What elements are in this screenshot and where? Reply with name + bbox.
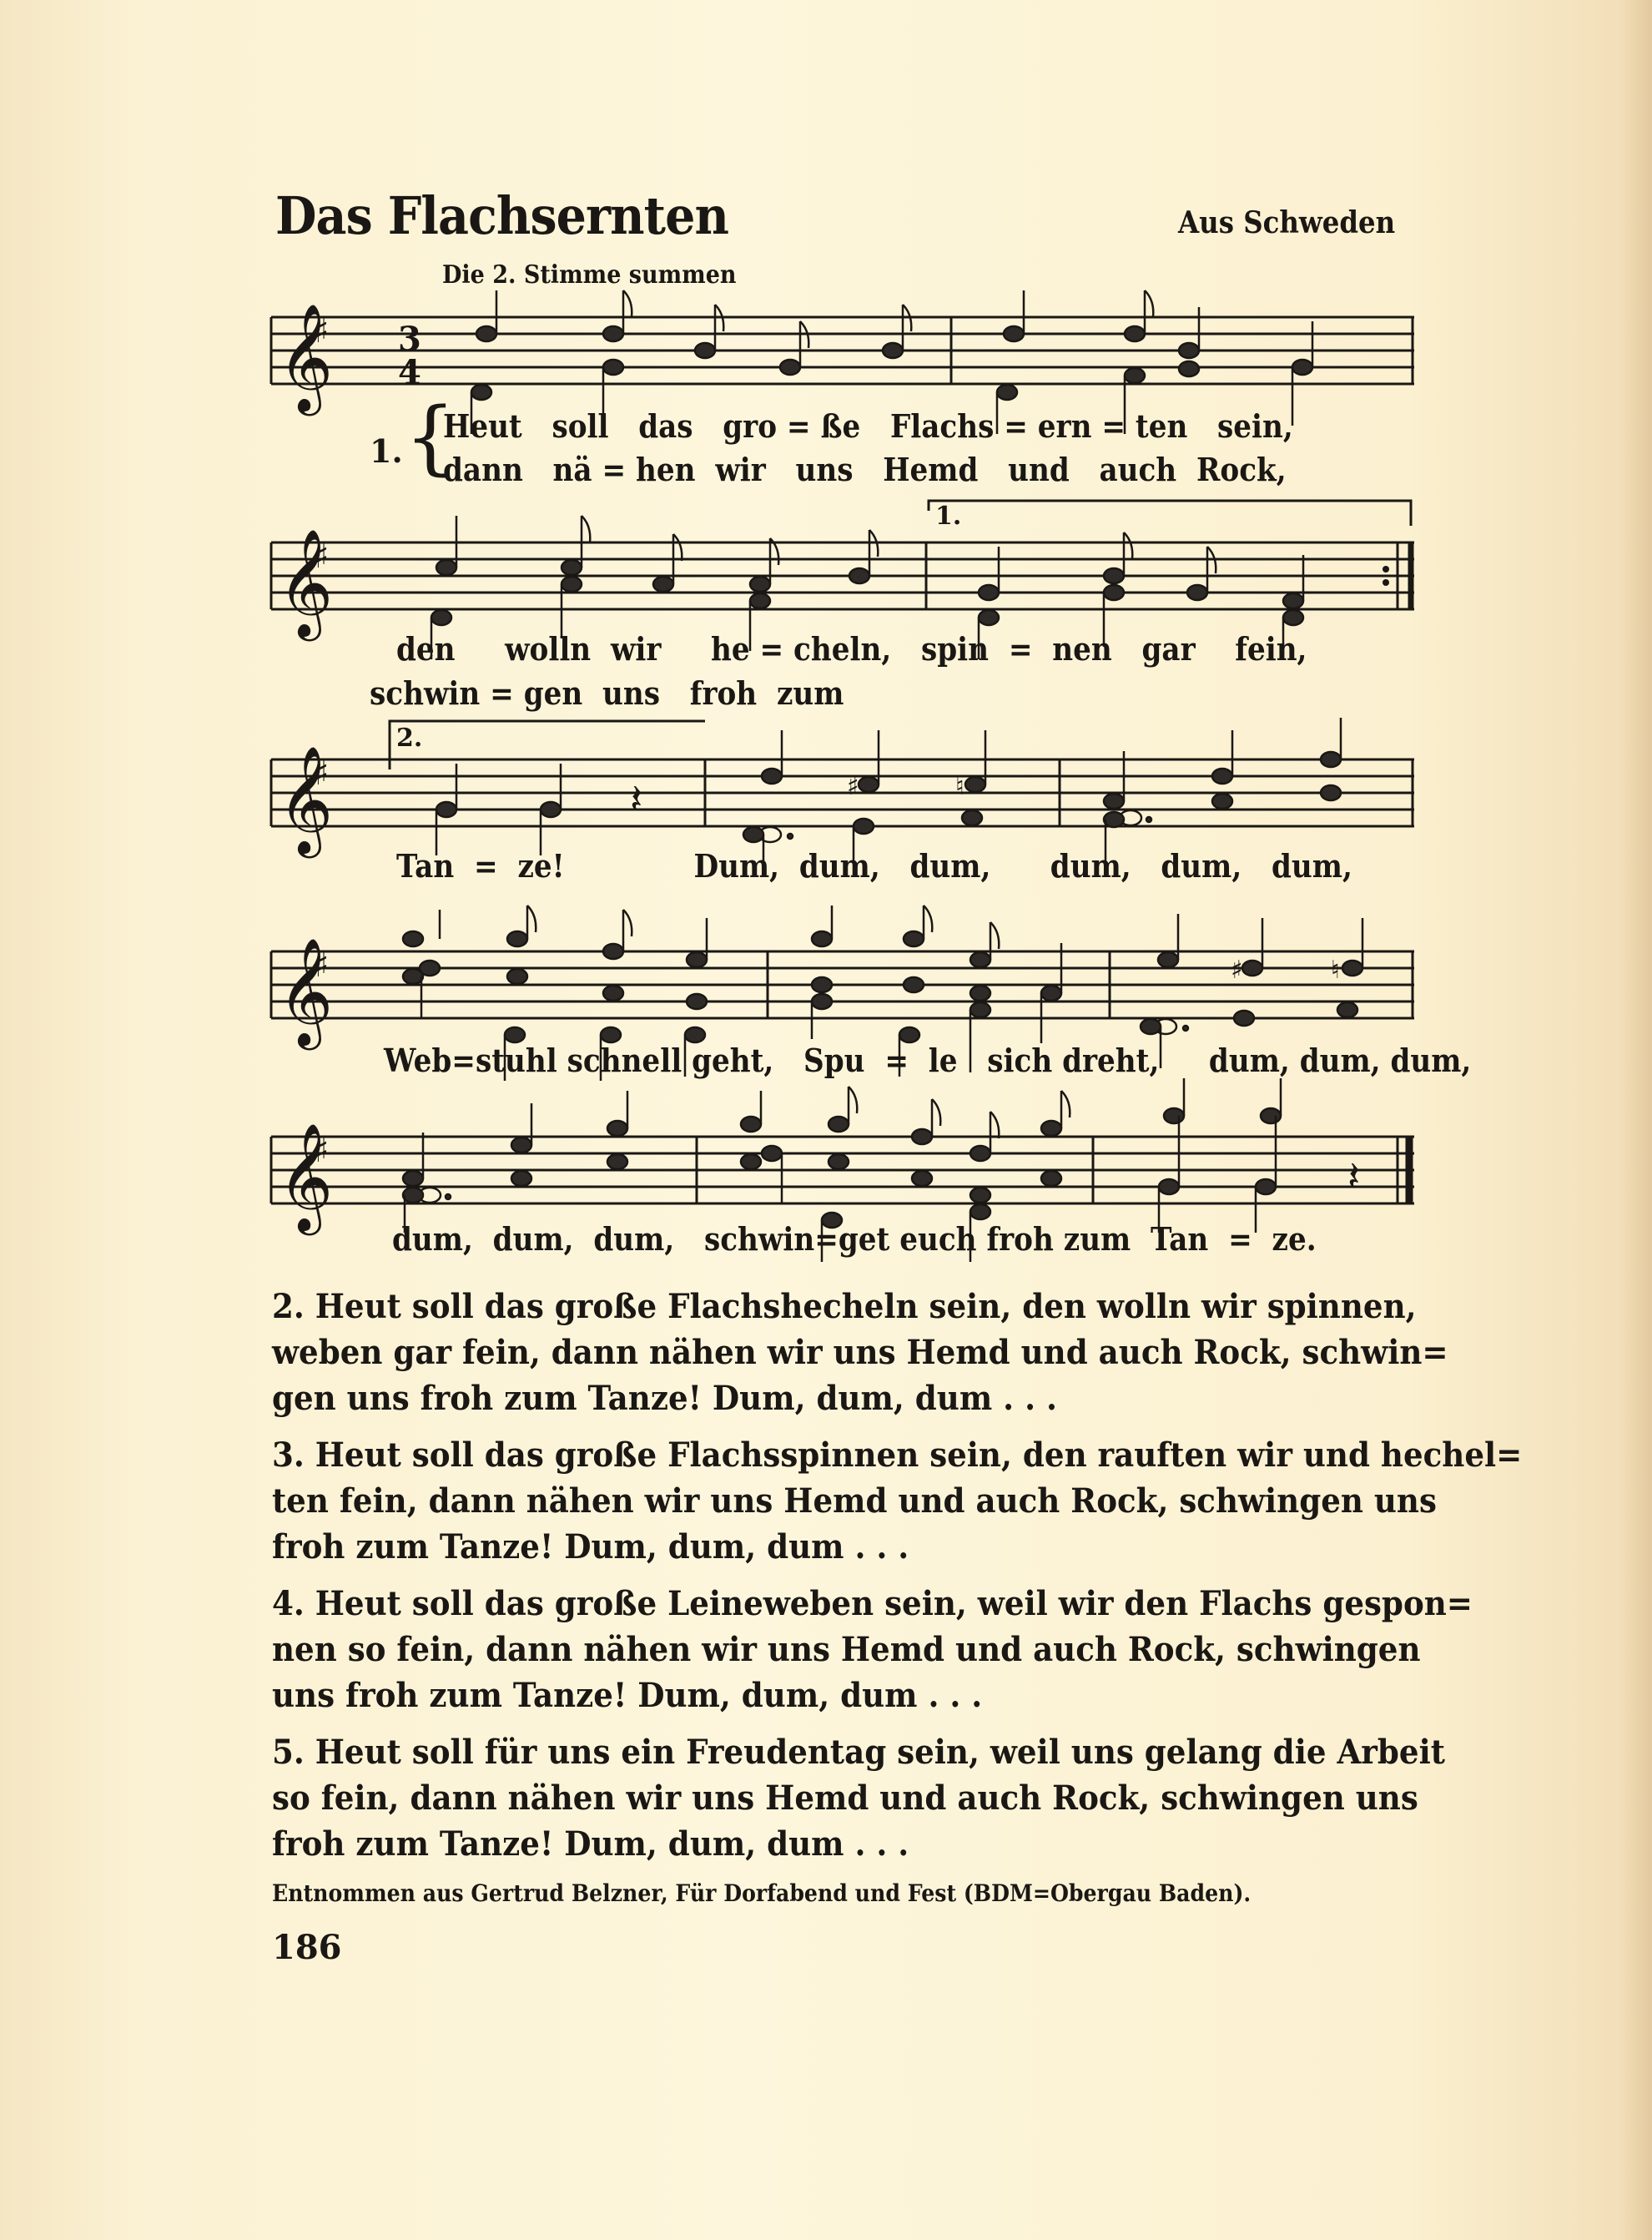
svg-text:♯: ♯ xyxy=(313,537,329,576)
staff-1: 𝄞 ♯ 34 xyxy=(271,309,1414,401)
lyric-line: schwin = gen uns froh zum xyxy=(370,674,844,712)
sharp-icon: ♯ xyxy=(847,772,859,801)
sharp-icon: ♯ xyxy=(313,537,329,576)
volta-2-label: 2. xyxy=(396,724,422,753)
stanza-line: ten fein, dann nähen wir uns Hemd und au… xyxy=(272,1478,1342,1524)
stanza-line: 3. Heut soll das große Flachsspinnen sei… xyxy=(272,1432,1342,1478)
volta-bracket-2 xyxy=(390,721,705,769)
staff-2: 1. 𝄞 ♯ xyxy=(271,534,1414,626)
stanza-line: weben gar fein, dann nähen wir uns Hemd … xyxy=(272,1329,1342,1375)
music-system-4: 𝄞 ♯ ♯ ♮ Web=stuhl schnell geht, Spu = le… xyxy=(271,943,1414,1035)
song-origin: Aus Schweden xyxy=(1178,205,1395,240)
page-edge-shadow xyxy=(1619,0,1652,2240)
svg-text:♯: ♯ xyxy=(313,1132,329,1170)
natural-icon: ♮ xyxy=(955,772,965,801)
lyric-line: Tan = ze! Dum, dum, dum, dum, dum, dum, xyxy=(396,847,1352,885)
time-signature-icon: 34 xyxy=(398,320,421,392)
stanza-line: gen uns froh zum Tanze! Dum, dum, dum . … xyxy=(272,1375,1342,1421)
performance-instruction: Die 2. Stimme summen xyxy=(442,260,737,290)
music-system-2: 1. 𝄞 ♯ den wolln wir he = cheln, spin = … xyxy=(271,534,1414,626)
stanza-line: froh zum Tanze! Dum, dum, dum . . . xyxy=(272,1821,1342,1867)
stanza-line: so fein, dann nähen wir uns Hemd und auc… xyxy=(272,1775,1342,1821)
stanza-line: froh zum Tanze! Dum, dum, dum . . . xyxy=(272,1524,1342,1570)
quarter-rest-icon: 𝄽 xyxy=(1347,1153,1360,1201)
music-system-3: 2. 𝄞 ♯ 𝄽 ♯ ♮ Tan = ze! Dum, dum, dum, du… xyxy=(271,751,1414,843)
lyric-line: den wolln wir he = cheln, spin = nen gar… xyxy=(396,630,1307,668)
lyric-line: dum, dum, dum, schwin=get euch froh zum … xyxy=(392,1220,1317,1258)
volta-bracket-1 xyxy=(929,501,1411,526)
stanza-line: 2. Heut soll das große Flachshecheln sei… xyxy=(272,1284,1342,1329)
staff-5: 𝄞 ♯ 𝄽 xyxy=(271,1128,1414,1220)
lyric-line: Web=stuhl schnell geht, Spu = le sich dr… xyxy=(384,1042,1471,1079)
music-system-1: 𝄞 ♯ 34 1. { Heut soll das gro = ße Flach… xyxy=(271,309,1414,401)
lyric-line: Heut soll das gro = ße Flachs = ern = te… xyxy=(443,407,1293,445)
music-system-5: 𝄞 ♯ 𝄽 dum, dum, dum, schwin=get euch fro… xyxy=(271,1128,1414,1220)
staff-3: 2. 𝄞 ♯ 𝄽 ♯ ♮ xyxy=(271,751,1414,843)
svg-text:♯: ♯ xyxy=(313,312,329,351)
stanza-line: 5. Heut soll für uns ein Freudentag sein… xyxy=(272,1729,1342,1775)
svg-text:♯: ♯ xyxy=(313,754,329,793)
stanza-line: 4. Heut soll das große Leineweben sein, … xyxy=(272,1581,1342,1627)
stanza-2: 2. Heut soll das große Flachshecheln sei… xyxy=(272,1284,1342,1421)
verse-number: 1. xyxy=(370,432,403,470)
lyric-line: dann nä = hen wir uns Hemd und auch Rock… xyxy=(443,451,1287,488)
stanza-4: 4. Heut soll das große Leineweben sein, … xyxy=(272,1581,1342,1718)
source-citation: Entnommen aus Gertrud Belzner, Für Dorfa… xyxy=(272,1879,1251,1907)
svg-text:♯: ♯ xyxy=(313,946,329,985)
staff-4: 𝄞 ♯ ♯ ♮ xyxy=(271,943,1414,1035)
sharp-icon: ♯ xyxy=(313,312,329,351)
song-title: Das Flachsernten xyxy=(275,185,728,246)
stanza-3: 3. Heut soll das große Flachsspinnen sei… xyxy=(272,1432,1342,1570)
quarter-rest-icon: 𝄽 xyxy=(630,775,642,824)
stanza-5: 5. Heut soll für uns ein Freudentag sein… xyxy=(272,1729,1342,1867)
stanza-line: nen so fein, dann nähen wir uns Hemd und… xyxy=(272,1627,1342,1672)
stanza-line: uns froh zum Tanze! Dum, dum, dum . . . xyxy=(272,1672,1342,1718)
sharp-icon: ♯ xyxy=(313,1132,329,1170)
volta-1-label: 1. xyxy=(935,502,961,531)
sharp-icon: ♯ xyxy=(313,946,329,985)
svg-text:4: 4 xyxy=(398,353,421,392)
page-number: 186 xyxy=(272,1928,342,1967)
sharp-icon: ♯ xyxy=(313,754,329,793)
sharp-icon: ♯ xyxy=(1231,956,1243,985)
natural-icon: ♮ xyxy=(1331,956,1340,985)
